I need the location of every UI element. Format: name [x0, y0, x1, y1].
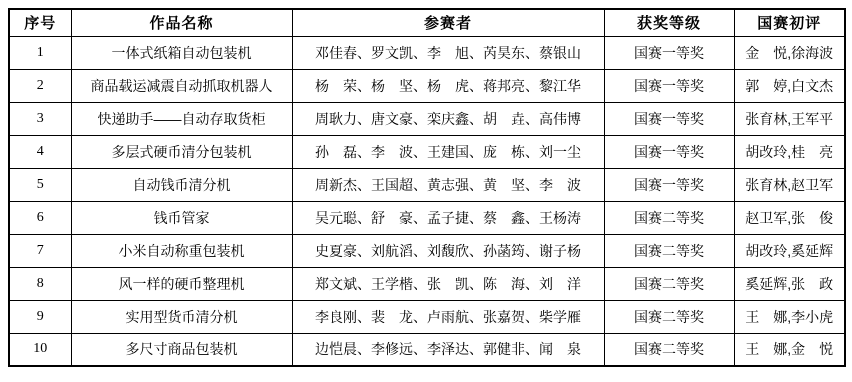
- cell-preliminary-review: 奚延辉,张 政: [734, 267, 845, 300]
- cell-serial-number: 4: [9, 135, 71, 168]
- cell-award-level: 国赛二等奖: [604, 333, 734, 366]
- table-row: 1 一体式纸箱自动包装机 邓佳春、罗文凯、李 旭、芮昊东、蔡银山 国赛一等奖 金…: [9, 36, 845, 69]
- cell-serial-number: 10: [9, 333, 71, 366]
- cell-award-level: 国赛一等奖: [604, 69, 734, 102]
- cell-serial-number: 2: [9, 69, 71, 102]
- cell-serial-number: 9: [9, 300, 71, 333]
- cell-work-title: 风一样的硬币整理机: [71, 267, 292, 300]
- cell-preliminary-review: 赵卫军,张 俊: [734, 201, 845, 234]
- cell-work-title: 自动钱币清分机: [71, 168, 292, 201]
- column-header-award-level: 获奖等级: [604, 9, 734, 36]
- column-header-serial-number: 序号: [9, 9, 71, 36]
- cell-work-title: 钱币管家: [71, 201, 292, 234]
- cell-work-title: 多尺寸商品包装机: [71, 333, 292, 366]
- cell-award-level: 国赛二等奖: [604, 201, 734, 234]
- cell-preliminary-review: 胡改玲,奚延辉: [734, 234, 845, 267]
- table-row: 5 自动钱币清分机 周新杰、王国超、黄志强、黄 坚、李 波 国赛一等奖 张育林,…: [9, 168, 845, 201]
- cell-work-title: 实用型货币清分机: [71, 300, 292, 333]
- column-header-preliminary-review: 国赛初评: [734, 9, 845, 36]
- table-row: 6 钱币管家 吴元聪、舒 豪、孟子捷、蔡 鑫、王杨涛 国赛二等奖 赵卫军,张 俊: [9, 201, 845, 234]
- table-row: 9 实用型货币清分机 李良刚、裴 龙、卢雨航、张嘉贺、柴学雁 国赛二等奖 王 娜…: [9, 300, 845, 333]
- table-row: 10 多尺寸商品包装机 边恺晨、李修远、李泽达、郭健非、闻 泉 国赛二等奖 王 …: [9, 333, 845, 366]
- cell-award-level: 国赛一等奖: [604, 102, 734, 135]
- cell-participants: 孙 磊、李 波、王建国、庞 栋、刘一尘: [292, 135, 604, 168]
- cell-serial-number: 8: [9, 267, 71, 300]
- cell-award-level: 国赛二等奖: [604, 234, 734, 267]
- awards-table: 序号 作品名称 参赛者 获奖等级 国赛初评 1 一体式纸箱自动包装机 邓佳春、罗…: [8, 8, 846, 367]
- cell-serial-number: 3: [9, 102, 71, 135]
- cell-participants: 边恺晨、李修远、李泽达、郭健非、闻 泉: [292, 333, 604, 366]
- column-header-participants: 参赛者: [292, 9, 604, 36]
- table-row: 7 小米自动称重包装机 史夏豪、刘航滔、刘馥欣、孙菡筠、谢子杨 国赛二等奖 胡改…: [9, 234, 845, 267]
- column-header-work-title: 作品名称: [71, 9, 292, 36]
- cell-work-title: 一体式纸箱自动包装机: [71, 36, 292, 69]
- cell-preliminary-review: 胡改玲,桂 亮: [734, 135, 845, 168]
- table-row: 4 多层式硬币清分包装机 孙 磊、李 波、王建国、庞 栋、刘一尘 国赛一等奖 胡…: [9, 135, 845, 168]
- cell-serial-number: 7: [9, 234, 71, 267]
- cell-participants: 杨 荣、杨 坚、杨 虎、蒋邦亮、黎江华: [292, 69, 604, 102]
- cell-participants: 吴元聪、舒 豪、孟子捷、蔡 鑫、王杨涛: [292, 201, 604, 234]
- cell-work-title: 商品载运减震自动抓取机器人: [71, 69, 292, 102]
- cell-preliminary-review: 张育林,赵卫军: [734, 168, 845, 201]
- cell-serial-number: 1: [9, 36, 71, 69]
- cell-preliminary-review: 王 娜,金 悦: [734, 333, 845, 366]
- cell-participants: 周耿力、唐文豪、栾庆鑫、胡 垚、高伟博: [292, 102, 604, 135]
- table-row: 3 快递助手——自动存取货柜 周耿力、唐文豪、栾庆鑫、胡 垚、高伟博 国赛一等奖…: [9, 102, 845, 135]
- table-row: 2 商品载运减震自动抓取机器人 杨 荣、杨 坚、杨 虎、蒋邦亮、黎江华 国赛一等…: [9, 69, 845, 102]
- header-row: 序号 作品名称 参赛者 获奖等级 国赛初评: [9, 9, 845, 36]
- table-row: 8 风一样的硬币整理机 郑文斌、王学楷、张 凯、陈 海、刘 洋 国赛二等奖 奚延…: [9, 267, 845, 300]
- cell-award-level: 国赛二等奖: [604, 300, 734, 333]
- cell-preliminary-review: 王 娜,李小虎: [734, 300, 845, 333]
- page: 序号 作品名称 参赛者 获奖等级 国赛初评 1 一体式纸箱自动包装机 邓佳春、罗…: [0, 0, 852, 382]
- cell-participants: 邓佳春、罗文凯、李 旭、芮昊东、蔡银山: [292, 36, 604, 69]
- cell-award-level: 国赛一等奖: [604, 36, 734, 69]
- cell-preliminary-review: 金 悦,徐海波: [734, 36, 845, 69]
- cell-participants: 郑文斌、王学楷、张 凯、陈 海、刘 洋: [292, 267, 604, 300]
- cell-participants: 周新杰、王国超、黄志强、黄 坚、李 波: [292, 168, 604, 201]
- cell-work-title: 小米自动称重包装机: [71, 234, 292, 267]
- cell-preliminary-review: 张育林,王军平: [734, 102, 845, 135]
- cell-award-level: 国赛一等奖: [604, 135, 734, 168]
- cell-preliminary-review: 郭 婷,白文杰: [734, 69, 845, 102]
- cell-participants: 史夏豪、刘航滔、刘馥欣、孙菡筠、谢子杨: [292, 234, 604, 267]
- cell-award-level: 国赛二等奖: [604, 267, 734, 300]
- cell-serial-number: 5: [9, 168, 71, 201]
- cell-serial-number: 6: [9, 201, 71, 234]
- cell-award-level: 国赛一等奖: [604, 168, 734, 201]
- cell-work-title: 快递助手——自动存取货柜: [71, 102, 292, 135]
- cell-work-title: 多层式硬币清分包装机: [71, 135, 292, 168]
- cell-participants: 李良刚、裴 龙、卢雨航、张嘉贺、柴学雁: [292, 300, 604, 333]
